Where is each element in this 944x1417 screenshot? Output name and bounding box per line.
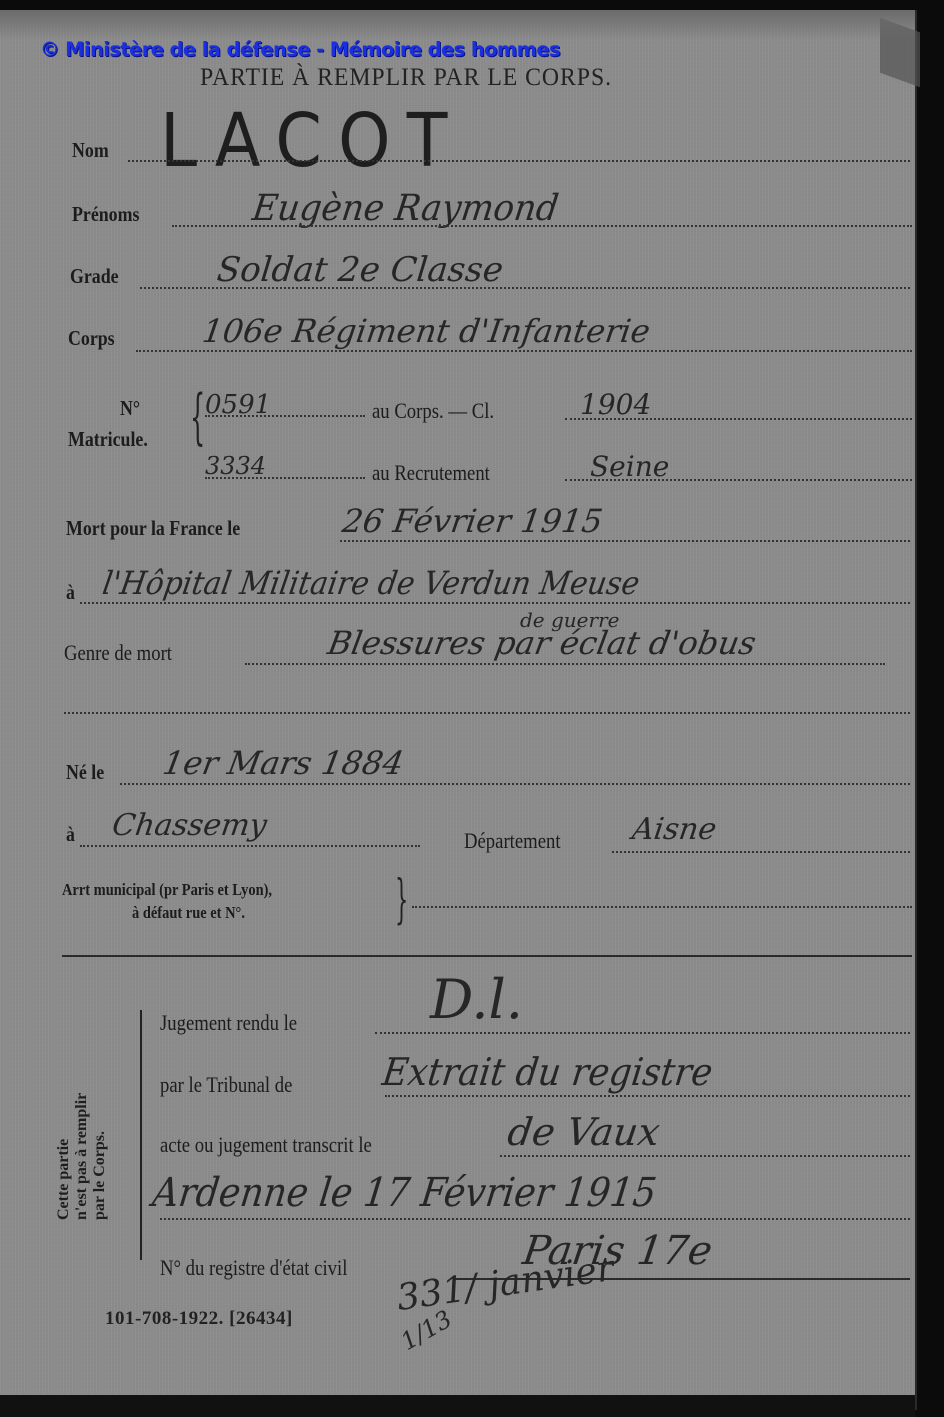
label-recrutement: au Recrutement — [372, 460, 490, 486]
line-lieu-mort — [80, 602, 910, 604]
label-matricule: Matricule. — [68, 427, 148, 452]
value-a-line: Ardenne le 17 Février 1915 — [150, 1170, 659, 1216]
line-departement — [612, 851, 910, 853]
value-departement: Aisne — [630, 812, 719, 847]
line-prenoms — [172, 225, 912, 227]
label-arrondissement-1: Arrt municipal (pr Paris et Lyon), — [62, 880, 272, 900]
line-arrondissement — [412, 906, 912, 908]
line-recrutement-no — [205, 477, 365, 479]
arrondissement-brace: } — [395, 870, 408, 930]
line-tribunal — [385, 1095, 910, 1097]
label-arrondissement-2: à défaut rue et N°. — [132, 903, 245, 923]
line-corps — [136, 350, 912, 352]
label-transcrit: acte ou jugement transcrit le — [160, 1132, 372, 1158]
value-jugement-rendu: D.l. — [430, 968, 523, 1031]
label-mort: Mort pour la France le — [66, 516, 240, 541]
line-transcrit — [500, 1155, 910, 1157]
scan-edge — [0, 1395, 915, 1417]
value-transcrit: de Vaux — [505, 1110, 663, 1154]
form-reference: 101-708-1922. [26434] — [105, 1308, 293, 1330]
label-registre: N° du registre d'état civil — [160, 1255, 347, 1281]
line-recrutement — [565, 479, 912, 481]
line-nom — [128, 160, 910, 162]
value-grade: Soldat 2e Classe — [215, 250, 505, 290]
matricule-brace: { — [190, 382, 205, 452]
document-card: PARTIE À REMPLIR PAR LE CORPS. Nom LACOT… — [0, 10, 917, 1410]
line-blank — [64, 712, 910, 714]
label-lieu-mort: à — [66, 580, 75, 605]
label-au-corps: au Corps. — Cl. — [372, 398, 494, 424]
copyright-watermark: © Ministère de la défense - Mémoire des … — [40, 38, 560, 61]
label-no: N° — [120, 396, 140, 421]
label-jugement-rendu: Jugement rendu le — [160, 1010, 297, 1036]
section-divider — [62, 955, 912, 957]
value-naissance: 1er Mars 1884 — [160, 744, 407, 782]
value-lieu-naissance: Chassemy — [110, 808, 269, 843]
note-janvier: 331/ janvier — [394, 1248, 616, 1319]
label-genre-mort: Genre de mort — [64, 640, 172, 666]
line-naissance — [120, 783, 910, 785]
line-a — [160, 1218, 910, 1220]
line-grade — [140, 287, 910, 289]
label-grade: Grade — [70, 264, 119, 289]
form-header: PARTIE À REMPLIR PAR LE CORPS. — [200, 64, 612, 92]
label-tribunal: par le Tribunal de — [160, 1072, 292, 1098]
value-tribunal: Extrait du registre — [380, 1050, 715, 1094]
line-jugement-rendu — [375, 1032, 910, 1034]
side-note: Cette partie n'est pas à remplir par le … — [55, 1093, 109, 1220]
jugement-brace — [140, 1010, 142, 1260]
label-naissance: Né le — [66, 760, 104, 785]
value-mort: 26 Février 1915 — [340, 502, 605, 540]
line-mort — [340, 540, 910, 542]
line-lieu-naissance — [80, 845, 420, 847]
value-genre-mort: Blessures par éclat d'obus — [325, 624, 759, 662]
label-lieu-naissance: à — [66, 822, 75, 847]
value-recrutement-no: 3334 — [205, 452, 266, 480]
folded-corner — [880, 18, 920, 88]
label-corps: Corps — [68, 326, 115, 351]
value-prenoms: Eugène Raymond — [250, 188, 561, 229]
label-departement: Département — [464, 828, 561, 854]
value-lieu-mort: l'Hôpital Militaire de Verdun Meuse — [100, 564, 642, 602]
line-genre-mort — [245, 663, 885, 665]
label-nom: Nom — [72, 138, 109, 163]
label-prenoms: Prénoms — [72, 202, 139, 227]
value-corps: 106e Régiment d'Infanterie — [200, 312, 653, 350]
value-nom: LACOT — [160, 98, 464, 184]
line-au-corps — [205, 415, 365, 417]
value-classe: 1904 — [580, 388, 651, 421]
line-classe — [565, 418, 912, 420]
